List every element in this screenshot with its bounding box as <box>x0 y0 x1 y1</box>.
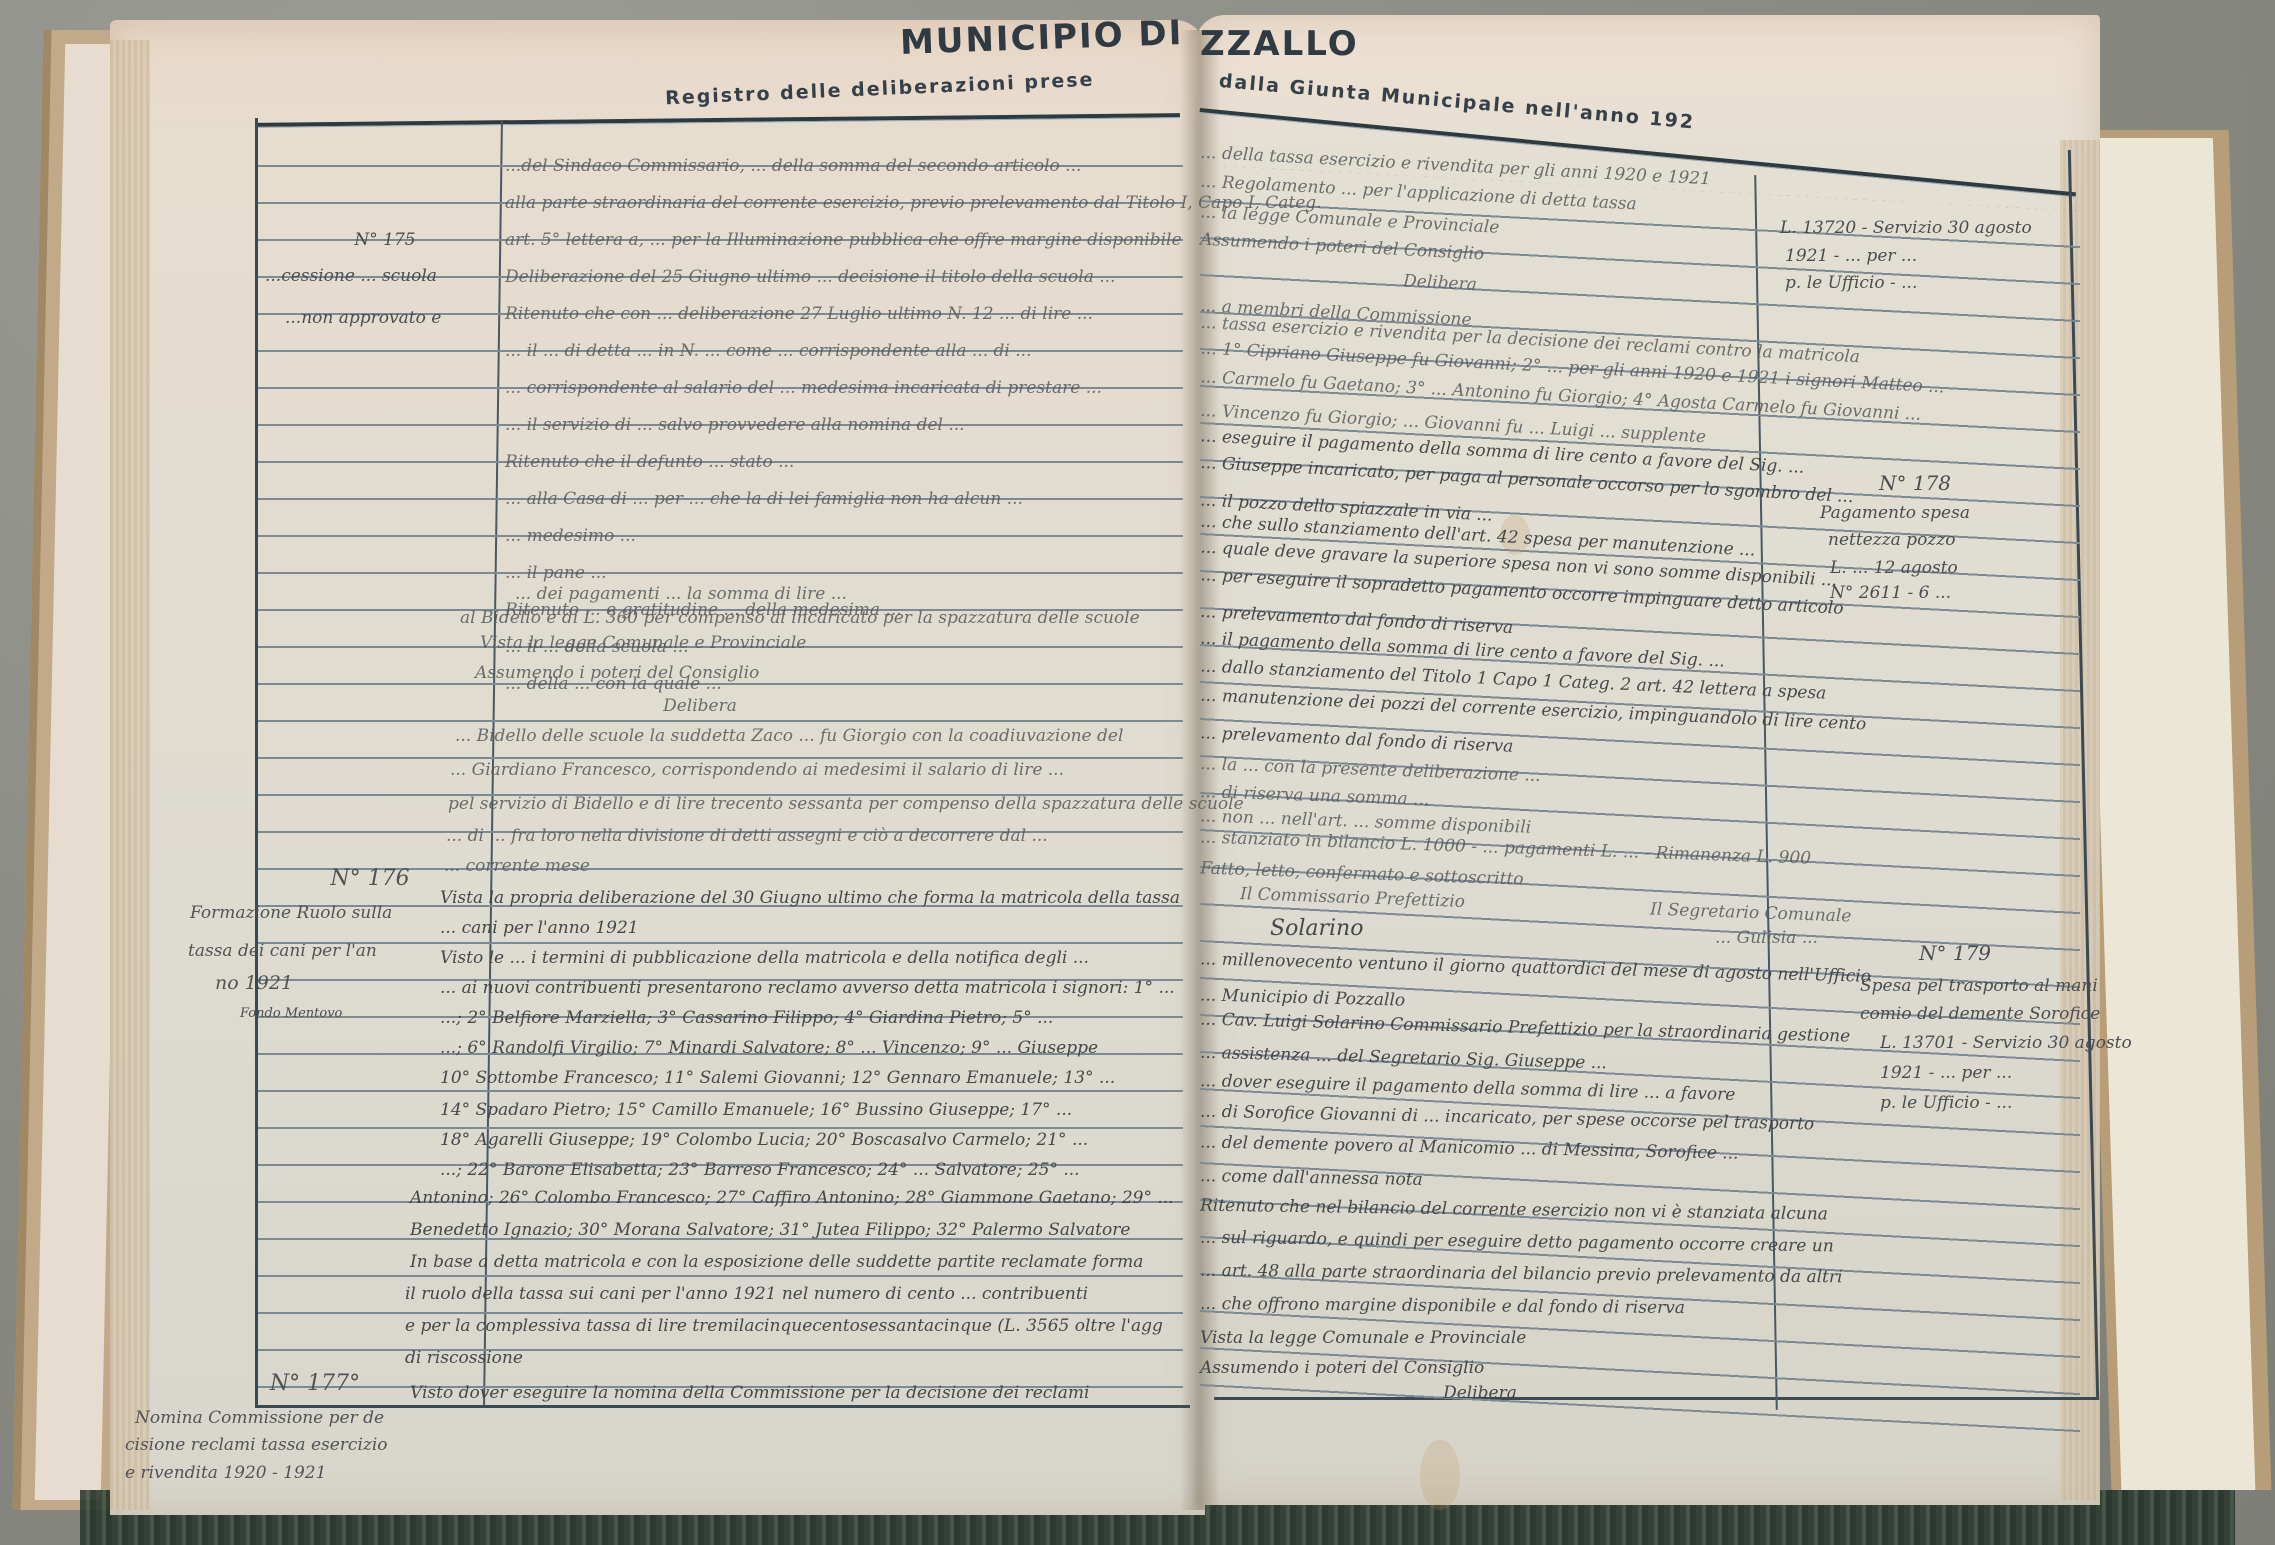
body-line: ... corrispondente al salario del ... me… <box>505 370 1102 407</box>
body-line: Deliberazione del 25 Giugno ultimo ... d… <box>505 259 1115 296</box>
signature-segretario: ... Gulisia ... <box>1715 920 1818 957</box>
body-line: ... medesimo ... <box>505 518 636 555</box>
body-line: art. 5° lettera a, ... per la Illuminazi… <box>505 222 1182 259</box>
body-line: Visto dover eseguire la nomina della Com… <box>410 1375 1089 1412</box>
body-line: ... alla Casa di ... per ... che la di l… <box>505 481 1023 518</box>
endpaper-right <box>2079 138 2255 1490</box>
left-entry-175-line: ...cessione ... scuola <box>265 258 437 295</box>
left-entry-176-line: Fondo Mentovo <box>240 995 342 1032</box>
body-line: di riscossione <box>405 1340 523 1377</box>
left-entry-177-line: e rivendita 1920 - 1921 <box>125 1455 326 1492</box>
body-line: Assumendo i poteri del Consiglio <box>475 655 759 692</box>
body-line: Ritenuto che il defunto ... stato ... <box>505 444 794 481</box>
body-line: ... il ... di detta ... in N. ... come .… <box>505 333 1031 370</box>
body-line: ... Bidello delle scuole la suddetta Zac… <box>455 718 1123 755</box>
left-page-stack-edge <box>110 40 150 1510</box>
right-entry-179-line: p. le Ufficio - ... <box>1880 1085 2012 1122</box>
body-line: ... il servizio di ... salvo provvedere … <box>505 407 965 444</box>
right-entry-178-line: N° 2611 - 6 ... <box>1830 575 1951 612</box>
body-heading-delibera: Delibera <box>1380 1375 1580 1412</box>
body-line: Ritenuto che con ... deliberazione 27 Lu… <box>505 296 1093 333</box>
right-entry-179-number: N° 179 <box>1880 935 2030 972</box>
header-title-town: ZZALLO <box>1200 24 1359 64</box>
signature-solarino: Solarino <box>1270 910 1363 947</box>
body-line: ... Giardiano Francesco, corrispondendo … <box>450 752 1064 789</box>
left-entry-175-line: ...non approvato e <box>285 300 441 337</box>
left-entry-176-line: Formazione Ruolo sulla <box>190 895 392 932</box>
body-line: ...del Sindaco Commissario, ... della so… <box>505 148 1081 185</box>
paper-stain <box>1420 1440 1460 1510</box>
right-entry-177-line: p. le Ufficio - ... <box>1785 265 1917 302</box>
left-entry-177-number: N° 177° <box>200 1365 430 1402</box>
left-entry-175-number: N° 175 <box>300 222 470 259</box>
